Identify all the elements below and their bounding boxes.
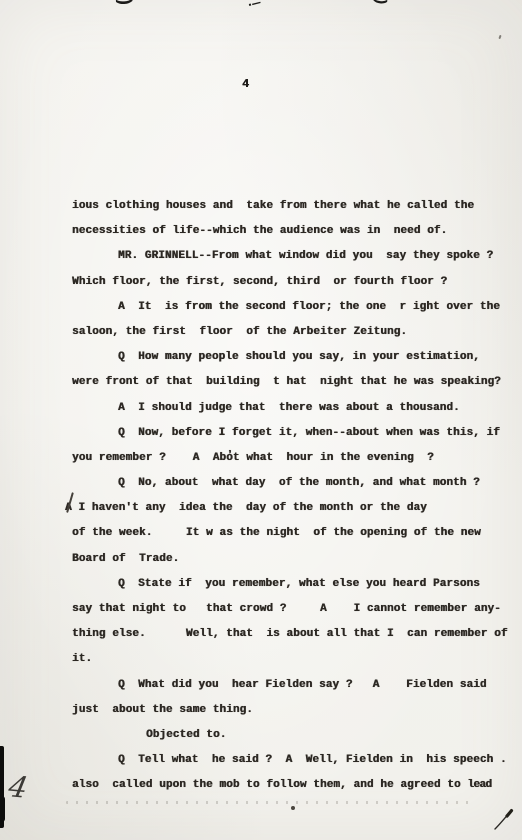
transcript-line: you remember ? A Abo̓t what hour in the … (72, 446, 522, 471)
transcript-line: Q No, about what day of the month, and w… (72, 471, 522, 496)
overstruck-word: lead (467, 779, 491, 791)
transcript-line: necessities of life--which the audience … (72, 219, 522, 244)
transcript-line: Q What did you hear Fielden say ? A Fiel… (72, 673, 522, 698)
transcript-line: say that night to that crowd ? A I canno… (72, 597, 522, 622)
pen-stroke-icon: ·— (244, 0, 260, 14)
transcript-line: Q Tell what he said ? A Well, Fielden in… (72, 748, 522, 773)
pen-stroke-icon: ⌣ (114, 0, 135, 15)
scan-speck (498, 35, 501, 39)
transcript-line: Q How many people should you say, in you… (72, 345, 522, 370)
transcript-line: thing else. Well, that is about all that… (72, 622, 522, 647)
scanned-transcript-page: ⌣ ·— ⌣ 4 ious clothing houses and take f… (0, 0, 522, 840)
transcript-line: A I should judge that there was about a … (72, 396, 522, 421)
transcript-line: Objected to. (72, 723, 522, 748)
transcript-line: it. (72, 647, 522, 672)
ink-smudge (66, 801, 470, 804)
page-number: 4 (242, 78, 249, 91)
transcript-line: ious clothing houses and take from there… (72, 194, 522, 219)
pen-stroke-icon: ⌣ (371, 0, 389, 13)
transcript-line: Q State if you remember, what else you h… (72, 572, 522, 597)
transcript-line: just about the same thing. (72, 698, 522, 723)
slashed-letter-correction: A (65, 496, 72, 521)
transcript-line: Board of Trade. (72, 547, 522, 572)
transcript-line: saloon, the first floor of the Arbeiter … (72, 320, 522, 345)
transcript-line: were front of that building t hat night … (72, 370, 522, 395)
transcript-line: of the week. It w as the night of the op… (72, 521, 522, 546)
transcript-body: ious clothing houses and take from there… (0, 194, 522, 799)
transcript-line: MR. GRINNELL--From what window did you s… (72, 244, 522, 269)
ink-smudge-dot (291, 806, 295, 810)
pen-tick-icon (492, 806, 516, 832)
transcript-line: Q Now, before I forget it, when--about w… (72, 421, 522, 446)
transcript-line: A It is from the second floor; the one r… (72, 295, 522, 320)
transcript-line: also called upon the mob to follow them,… (72, 773, 522, 798)
scan-edge-artifact (0, 796, 5, 822)
transcript-line: A I haven't any idea the day of the mont… (65, 496, 522, 521)
transcript-line: Which floor, the first, second, third or… (72, 270, 522, 295)
